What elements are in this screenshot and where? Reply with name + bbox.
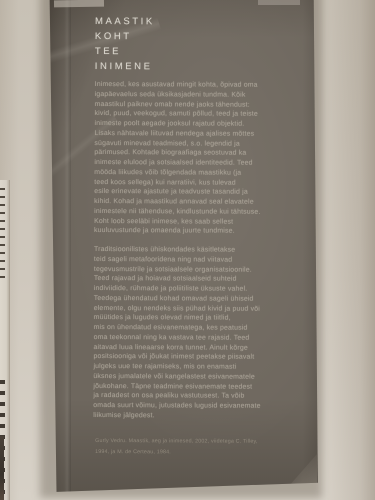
text-line: kuuluvustunde ja omaenda juurte tundmise… <box>94 226 284 237</box>
paper-shine <box>289 454 317 486</box>
poster-paragraph-1: Inimesed, kes asustavad mingit kohta, õp… <box>94 80 285 237</box>
tape-strip <box>258 0 300 5</box>
dark-object-edge <box>0 436 4 500</box>
title-line: KOHT <box>95 29 285 45</box>
citation-line: 1994, ja M. de Certeau, 1984. <box>95 447 283 459</box>
photo-of-exhibition-wall: { "poster": { "title_lines": ["MAASTIK",… <box>0 0 375 500</box>
paper-crease <box>64 0 71 500</box>
poster-paragraph-2: Traditsioonilistes ühiskondades käsitlet… <box>93 245 284 421</box>
adjacent-sheet-print-marks <box>0 188 5 283</box>
text-line: liikumise jälgedest. <box>93 411 283 422</box>
poster-panel: MAASTIKKOHTTEEINIMENE Inimesed, kes asus… <box>44 0 322 500</box>
title-line: MAASTIK <box>95 14 285 30</box>
title-line: INIMENE <box>95 59 285 75</box>
title-line: TEE <box>95 44 285 60</box>
poster-content: MAASTIKKOHTTEEINIMENE Inimesed, kes asus… <box>93 14 285 458</box>
poster-citation: Gurly Vedru. Maastik, aeg ja inimesed, 2… <box>95 436 283 459</box>
poster-title: MAASTIKKOHTTEEINIMENE <box>95 14 285 75</box>
tape-strip <box>54 0 104 7</box>
citation-line: Gurly Vedru. Maastik, aeg ja inimesed, 2… <box>95 436 283 448</box>
